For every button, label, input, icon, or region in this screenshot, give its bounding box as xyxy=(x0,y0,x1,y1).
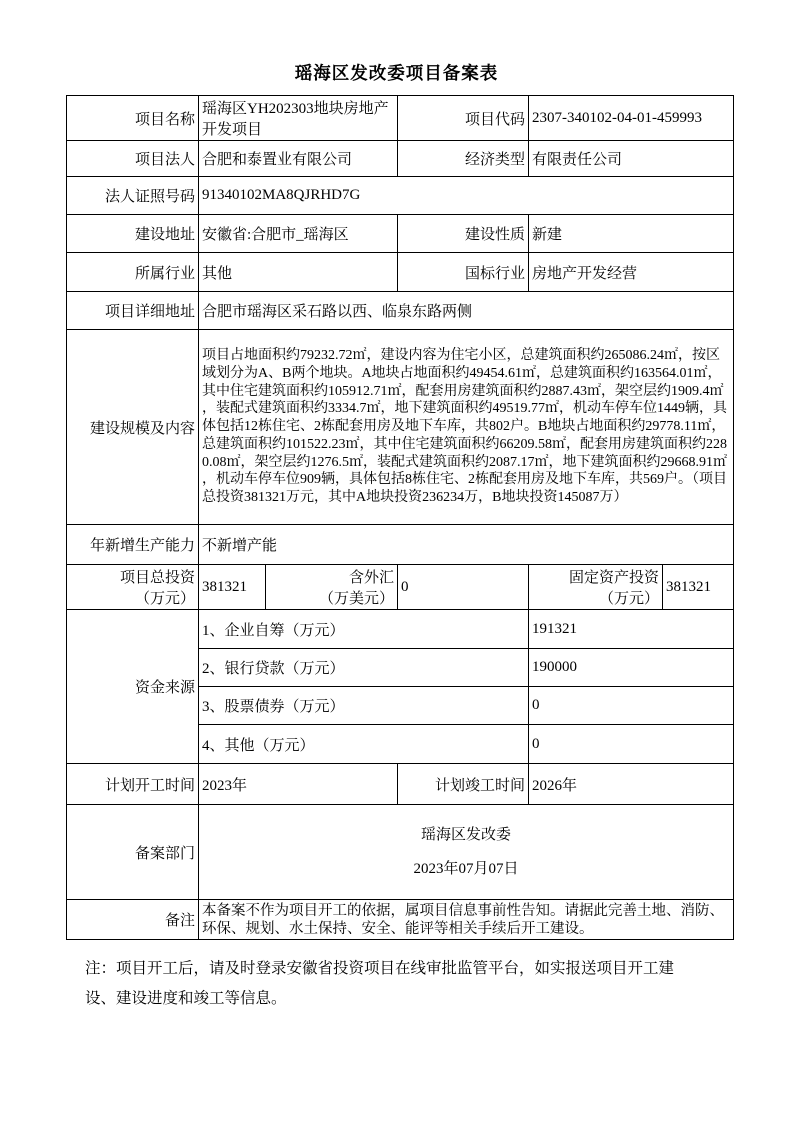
funding-1-name: 1、企业自筹（万元） xyxy=(199,610,529,649)
remark-label: 备注 xyxy=(67,900,199,940)
start-date-label: 计划开工时间 xyxy=(67,764,199,805)
funding-1-amount: 191321 xyxy=(529,610,734,649)
funding-3-name: 3、股票债券（万元） xyxy=(199,687,529,725)
fixed-asset-value: 381321 xyxy=(663,565,734,610)
row-project-name: 项目名称 瑶海区YH202303地块房地产开发项目 项目代码 2307-3401… xyxy=(67,96,734,141)
capacity-label: 年新增生产能力 xyxy=(67,525,199,565)
row-funding-1: 资金来源 1、企业自筹（万元） 191321 xyxy=(67,610,734,649)
row-build-address: 建设地址 安徽省:合肥市_瑶海区 建设性质 新建 xyxy=(67,215,734,253)
registration-table: 项目名称 瑶海区YH202303地块房地产开发项目 项目代码 2307-3401… xyxy=(66,95,734,940)
finish-date-value: 2026年 xyxy=(529,764,734,805)
detail-address-label: 项目详细地址 xyxy=(67,292,199,330)
funding-4-name: 4、其他（万元） xyxy=(199,725,529,764)
build-address-value: 安徽省:合肥市_瑶海区 xyxy=(199,215,398,253)
total-investment-label: 项目总投资 （万元） xyxy=(67,565,199,610)
department-name: 瑶海区发改委 xyxy=(202,818,730,852)
row-schedule: 计划开工时间 2023年 计划竣工时间 2026年 xyxy=(67,764,734,805)
row-detail-address: 项目详细地址 合肥市瑶海区采石路以西、临泉东路两侧 xyxy=(67,292,734,330)
scale-value: 项目占地面积约79232.72㎡，建设内容为住宅小区，总建筑面积约265086.… xyxy=(199,330,734,525)
funding-2-name: 2、银行贷款（万元） xyxy=(199,649,529,687)
forex-value: 0 xyxy=(398,565,529,610)
remark-value: 本备案不作为项目开工的依据，属项目信息事前性告知。请据此完善土地、消防、环保、规… xyxy=(199,900,734,940)
row-scale: 建设规模及内容 项目占地面积约79232.72㎡，建设内容为住宅小区，总建筑面积… xyxy=(67,330,734,525)
total-investment-value: 381321 xyxy=(199,565,266,610)
license-no-value: 91340102MA8QJRHD7G xyxy=(199,177,734,215)
row-industry: 所属行业 其他 国标行业 房地产开发经营 xyxy=(67,253,734,292)
row-remark: 备注 本备案不作为项目开工的依据，属项目信息事前性告知。请据此完善土地、消防、环… xyxy=(67,900,734,940)
build-nature-value: 新建 xyxy=(529,215,734,253)
national-industry-label: 国标行业 xyxy=(398,253,529,292)
project-name-label: 项目名称 xyxy=(67,96,199,141)
funding-2-amount: 190000 xyxy=(529,649,734,687)
capacity-value: 不新增产能 xyxy=(199,525,734,565)
economic-type-label: 经济类型 xyxy=(398,141,529,177)
department-date: 2023年07月07日 xyxy=(202,852,730,886)
row-department: 备案部门 瑶海区发改委 2023年07月07日 xyxy=(67,805,734,900)
legal-person-value: 合肥和泰置业有限公司 xyxy=(199,141,398,177)
department-stamp-block: 瑶海区发改委 2023年07月07日 xyxy=(202,818,730,886)
national-industry-value: 房地产开发经营 xyxy=(529,253,734,292)
fixed-asset-label: 固定资产投资 （万元） xyxy=(529,565,663,610)
project-name-value: 瑶海区YH202303地块房地产开发项目 xyxy=(199,96,398,141)
legal-person-label: 项目法人 xyxy=(67,141,199,177)
project-code-value: 2307-340102-04-01-459993 xyxy=(529,96,734,141)
finish-date-label: 计划竣工时间 xyxy=(398,764,529,805)
industry-value: 其他 xyxy=(199,253,398,292)
detail-address-value: 合肥市瑶海区采石路以西、临泉东路两侧 xyxy=(199,292,734,330)
start-date-value: 2023年 xyxy=(199,764,398,805)
row-capacity: 年新增生产能力 不新增产能 xyxy=(67,525,734,565)
row-license-no: 法人证照号码 91340102MA8QJRHD7G xyxy=(67,177,734,215)
industry-label: 所属行业 xyxy=(67,253,199,292)
economic-type-value: 有限责任公司 xyxy=(529,141,734,177)
page-title: 瑶海区发改委项目备案表 xyxy=(0,0,793,85)
row-investment: 项目总投资 （万元） 381321 含外汇 （万美元） 0 固定资产投资 （万元… xyxy=(67,565,734,610)
scale-label: 建设规模及内容 xyxy=(67,330,199,525)
department-label: 备案部门 xyxy=(67,805,199,900)
funding-4-amount: 0 xyxy=(529,725,734,764)
license-no-label: 法人证照号码 xyxy=(67,177,199,215)
build-address-label: 建设地址 xyxy=(67,215,199,253)
department-value: 瑶海区发改委 2023年07月07日 xyxy=(199,805,734,900)
funding-3-amount: 0 xyxy=(529,687,734,725)
project-code-label: 项目代码 xyxy=(398,96,529,141)
build-nature-label: 建设性质 xyxy=(398,215,529,253)
footnote: 注：项目开工后，请及时登录安徽省投资项目在线审批监管平台，如实报送项目开工建设、… xyxy=(85,954,685,1014)
funding-label: 资金来源 xyxy=(67,610,199,764)
row-legal-person: 项目法人 合肥和泰置业有限公司 经济类型 有限责任公司 xyxy=(67,141,734,177)
forex-label: 含外汇 （万美元） xyxy=(266,565,398,610)
